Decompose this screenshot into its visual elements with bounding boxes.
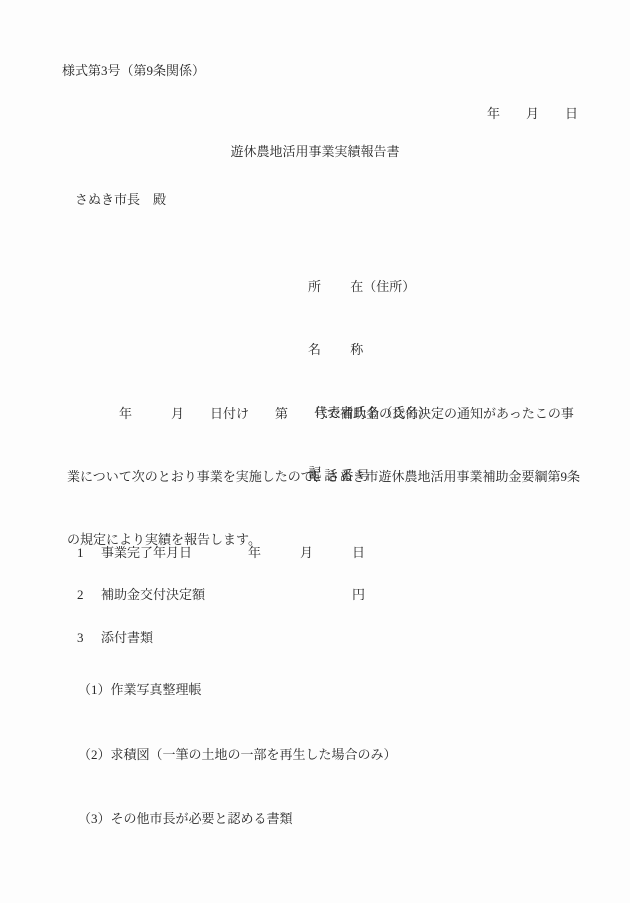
attachment-item: （2）求積図（一筆の土地の一部を再生した場合のみ） <box>78 744 397 766</box>
item-row-completion-date: 1事業完了年月日年 月 日 <box>64 529 365 576</box>
date-line: 年 月 日 <box>487 106 578 122</box>
applicant-field-address: 所 在（住所） <box>308 276 432 297</box>
applicant-field-name: 名 称 <box>308 339 432 360</box>
item-row-grant-amount: 2補助金交付決定額 円 <box>64 571 365 618</box>
record-marker: 記 <box>0 465 630 481</box>
item-label: 事業完了年月日 <box>101 545 248 561</box>
attachment-list: （1）作業写真整理帳 （2）求積図（一筆の土地の一部を再生した場合のみ） （3）… <box>78 636 397 873</box>
document-page: 様式第3号（第9条関係） 年 月 日 遊休農地活用事業実績報告書 さぬき市長 殿… <box>0 0 630 903</box>
addressee-line: さぬき市長 殿 <box>75 192 166 208</box>
attachment-item: （3）その他市長が必要と認める書類 <box>78 808 397 830</box>
page-title: 遊休農地活用事業実績報告書 <box>0 144 630 160</box>
item-value: 円 <box>248 587 365 602</box>
item-value: 年 月 日 <box>248 545 365 560</box>
item-number: 2 <box>77 587 101 603</box>
attachment-item: （1）作業写真整理帳 <box>78 679 397 701</box>
body-line: 年 月 日付け 第 号で補助金の交付決定の通知があったこの事 <box>67 403 580 424</box>
form-number: 様式第3号（第9条関係） <box>62 63 205 79</box>
item-label: 補助金交付決定額 <box>101 587 248 603</box>
item-number: 1 <box>77 545 101 561</box>
